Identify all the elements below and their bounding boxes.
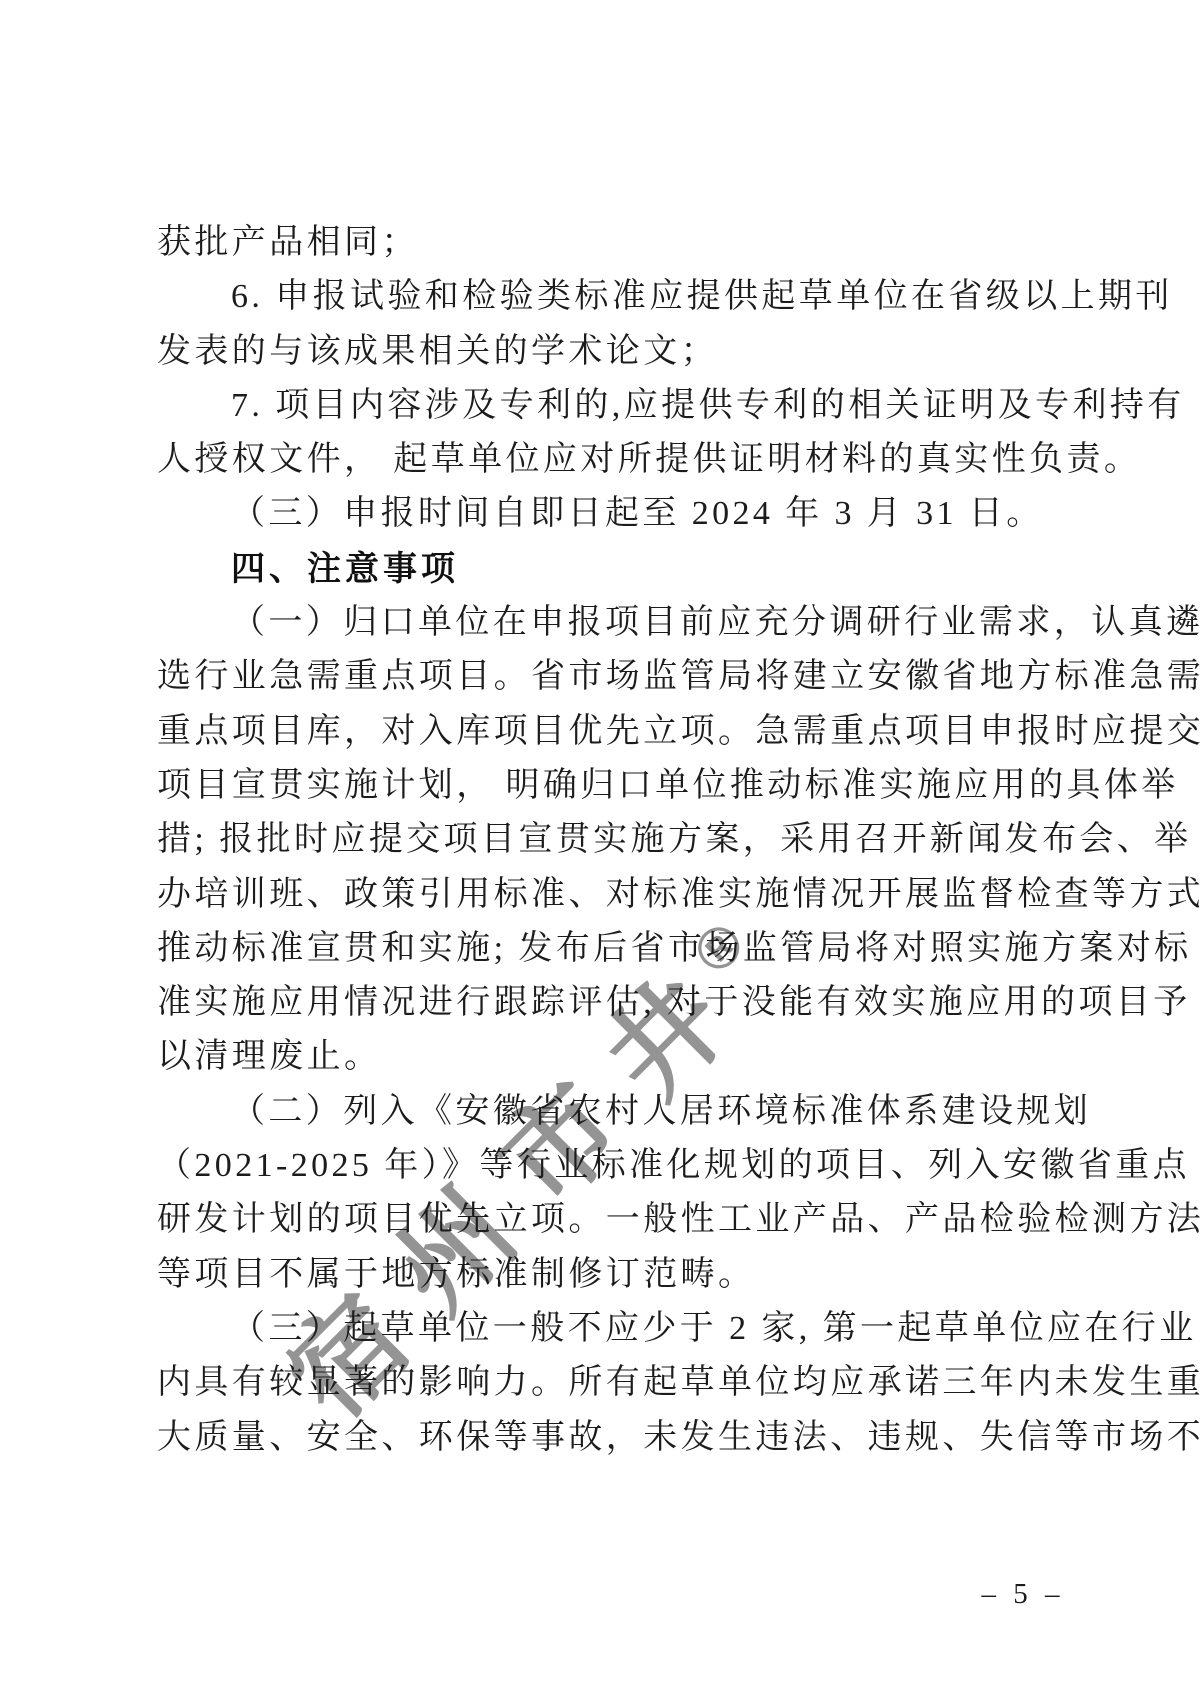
text-line: 大质量、安全、环保等事故，未发生违法、违规、失信等市场不	[157, 1411, 1054, 1465]
document-page: 宿州市井® 获批产品相同； 6. 申报试验和检验类标准应提供起草单位在省级以上期…	[0, 0, 1200, 1696]
page-number: – 5 –	[968, 1578, 1078, 1611]
text-line: 准实施应用情况进行跟踪评估, 对于没能有效实施应用的项目予	[157, 976, 1054, 1030]
text-line: 措; 报批时应提交项目宣贯实施方案，采用召开新闻发布会、举	[157, 813, 1054, 867]
text-line: 发表的与该成果相关的学术论文；	[157, 325, 1054, 379]
text-line: 推动标准宣贯和实施; 发布后省市场监管局将对照实施方案对标	[157, 922, 1054, 976]
text-line: 人授权文件， 起草单位应对所提供证明材料的真实性负责。	[157, 433, 1054, 487]
text-line: 项目宣贯实施计划， 明确归口单位推动标准实施应用的具体举	[157, 759, 1054, 813]
document-body: 获批产品相同； 6. 申报试验和检验类标准应提供起草单位在省级以上期刊 发表的与…	[157, 216, 1054, 1465]
text-line: 研发计划的项目优先立项。一般性工业产品、产品检验检测方法	[157, 1193, 1054, 1247]
text-line: （一）归口单位在申报项目前应充分调研行业需求，认真遴	[157, 596, 1054, 650]
text-line: 以清理废止。	[157, 1030, 1054, 1084]
text-line: 等项目不属于地方标准制修订范畴。	[157, 1248, 1054, 1302]
text-line: （2021-2025 年）》等行业标准化规划的项目、列入安徽省重点	[157, 1139, 1054, 1193]
text-line: 重点项目库，对入库项目优先立项。急需重点项目申报时应提交	[157, 705, 1054, 759]
text-line: （三）起草单位一般不应少于 2 家, 第一起草单位应在行业	[157, 1302, 1054, 1356]
text-line: 6. 申报试验和检验类标准应提供起草单位在省级以上期刊	[157, 270, 1054, 324]
text-line: （二）列入《安徽省农村人居环境标准体系建设规划	[157, 1085, 1054, 1139]
text-line: 7. 项目内容涉及专利的,应提供专利的相关证明及专利持有	[157, 379, 1054, 433]
section-heading: 四、注意事项	[157, 542, 1054, 596]
text-line: 内具有较显著的影响力。所有起草单位均应承诺三年内未发生重	[157, 1356, 1054, 1410]
text-line: 获批产品相同；	[157, 216, 1054, 270]
text-line: （三）申报时间自即日起至 2024 年 3 月 31 日。	[157, 487, 1054, 541]
text-line: 办培训班、政策引用标准、对标准实施情况开展监督检查等方式	[157, 868, 1054, 922]
text-line: 选行业急需重点项目。省市场监管局将建立安徽省地方标准急需	[157, 650, 1054, 704]
